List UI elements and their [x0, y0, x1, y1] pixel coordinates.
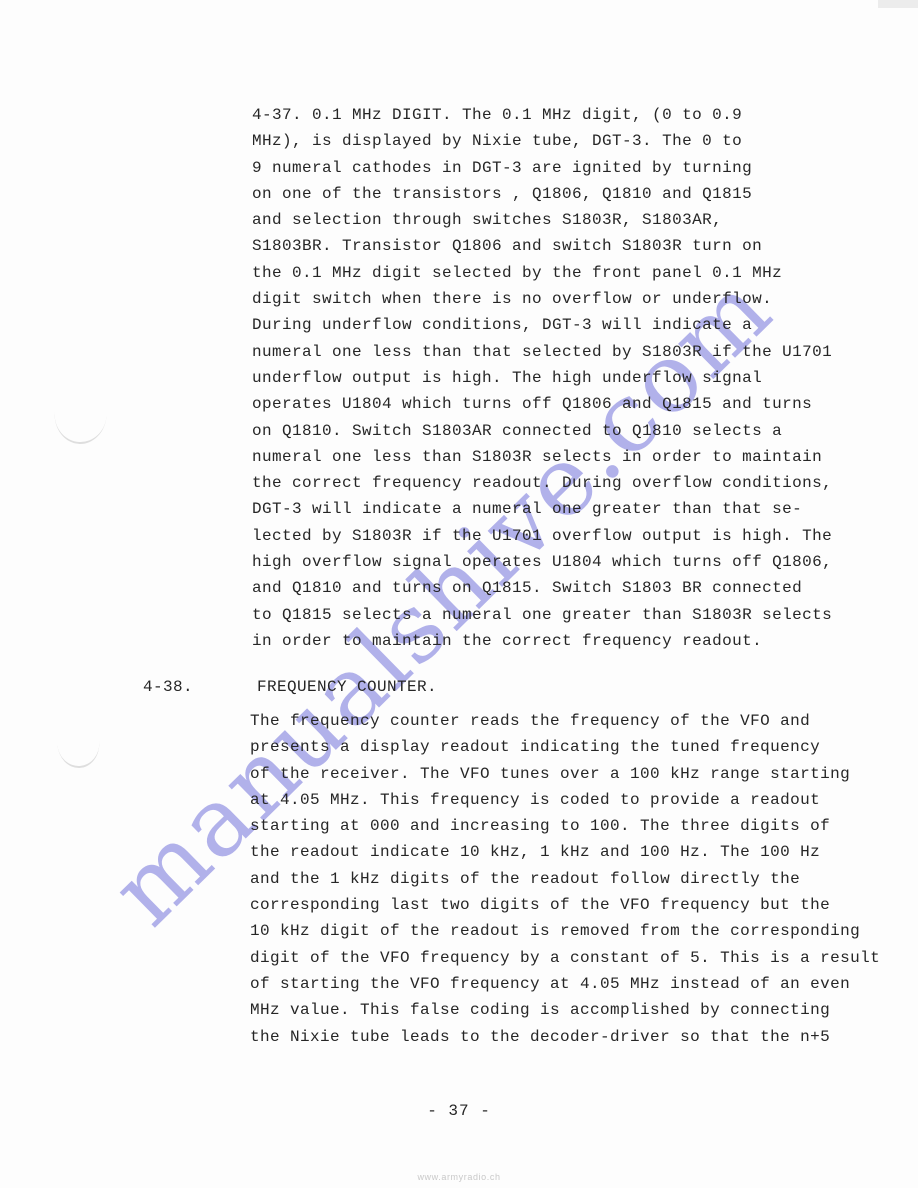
text-line: to Q1815 selects a numeral one greater t…: [252, 602, 832, 628]
text-line: and Q1810 and turns on Q1815. Switch S18…: [252, 575, 832, 601]
paragraph-4-38: The frequency counter reads the frequenc…: [250, 708, 880, 1050]
text-line: numeral one less than that selected by S…: [252, 339, 832, 365]
text-line: the correct frequency readout. During ov…: [252, 470, 832, 496]
text-line: on Q1810. Switch S1803AR connected to Q1…: [252, 418, 832, 444]
text-line: starting at 000 and increasing to 100. T…: [250, 813, 880, 839]
section-number: 4-38.: [143, 678, 257, 696]
text-line: digit of the VFO frequency by a constant…: [250, 945, 880, 971]
text-line: and selection through switches S1803R, S…: [252, 207, 832, 233]
text-line: on one of the transistors , Q1806, Q1810…: [252, 181, 832, 207]
text-line: DGT-3 will indicate a numeral one greate…: [252, 496, 832, 522]
text-line: the Nixie tube leads to the decoder-driv…: [250, 1024, 880, 1050]
text-line: digit switch when there is no overflow o…: [252, 286, 832, 312]
footer-url: www.armyradio.ch: [0, 1172, 918, 1182]
section-heading: FREQUENCY COUNTER.: [257, 678, 437, 696]
section-4-38-heading-row: 4-38. FREQUENCY COUNTER.: [143, 678, 437, 696]
scan-smudge: [878, 0, 918, 8]
text-line: 4-37. 0.1 MHz DIGIT. The 0.1 MHz digit, …: [252, 102, 832, 128]
text-line: operates U1804 which turns off Q1806 and…: [252, 391, 832, 417]
text-line: The frequency counter reads the frequenc…: [250, 708, 880, 734]
text-line: MHz), is displayed by Nixie tube, DGT-3.…: [252, 128, 832, 154]
text-line: in order to maintain the correct frequen…: [252, 628, 832, 654]
text-line: 10 kHz digit of the readout is removed f…: [250, 918, 880, 944]
text-line: of the receiver. The VFO tunes over a 10…: [250, 761, 880, 787]
pencil-mark: [57, 737, 101, 770]
pencil-mark: [53, 407, 107, 446]
text-line: at 4.05 MHz. This frequency is coded to …: [250, 787, 880, 813]
text-line: lected by S1803R if the U1701 overflow o…: [252, 523, 832, 549]
text-line: and the 1 kHz digits of the readout foll…: [250, 866, 880, 892]
text-line: presents a display readout indicating th…: [250, 734, 880, 760]
page-number: - 37 -: [0, 1102, 918, 1120]
scanned-manual-page: manualshive.com 4-37. 0.1 MHz DIGIT. The…: [0, 0, 918, 1188]
text-line: S1803BR. Transistor Q1806 and switch S18…: [252, 233, 832, 259]
text-line: the readout indicate 10 kHz, 1 kHz and 1…: [250, 839, 880, 865]
text-line: During underflow conditions, DGT-3 will …: [252, 312, 832, 338]
text-line: of starting the VFO frequency at 4.05 MH…: [250, 971, 880, 997]
text-line: MHz value. This false coding is accompli…: [250, 997, 880, 1023]
text-line: the 0.1 MHz digit selected by the front …: [252, 260, 832, 286]
paragraph-4-37: 4-37. 0.1 MHz DIGIT. The 0.1 MHz digit, …: [252, 102, 832, 654]
text-line: numeral one less than S1803R selects in …: [252, 444, 832, 470]
text-line: high overflow signal operates U1804 whic…: [252, 549, 832, 575]
text-line: 9 numeral cathodes in DGT-3 are ignited …: [252, 155, 832, 181]
text-line: underflow output is high. The high under…: [252, 365, 832, 391]
text-line: corresponding last two digits of the VFO…: [250, 892, 880, 918]
